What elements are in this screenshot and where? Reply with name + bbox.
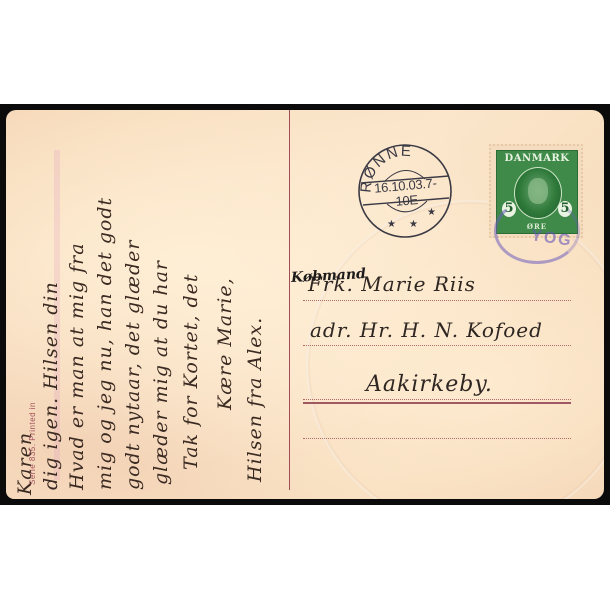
stamp-country: DANMARK — [497, 153, 577, 164]
message-line: Tak for Kortet, det — [180, 273, 202, 470]
address-underline — [303, 402, 571, 404]
address-rule — [303, 399, 571, 400]
message-line: Kære Marie, — [214, 277, 236, 410]
message-line: glæder mig at du har — [150, 260, 172, 485]
message-line: godt nytaar, det glæder — [122, 240, 144, 490]
svg-text:★: ★ — [409, 219, 418, 230]
svg-text:★: ★ — [387, 219, 396, 230]
message-line: Hilsen fra Alex. — [244, 317, 266, 482]
message-line: dig igen. Hilsen din — [40, 281, 62, 490]
postcard: Hilsen fra Alex. Kære Marie, Tak for Kor… — [6, 110, 604, 499]
message-line: mig og jeg nu, han det godt — [94, 197, 116, 490]
printer-imprint: Serie 835. Printed in — [28, 402, 37, 485]
address-rule — [303, 438, 571, 439]
divider-line — [289, 110, 290, 490]
address-care-of: adr. Hr. H. N. Kofoed — [310, 318, 543, 342]
svg-text:★: ★ — [427, 207, 436, 218]
address-rule — [303, 300, 571, 301]
address-town: Aakirkeby. — [366, 372, 493, 397]
address-rule — [303, 345, 571, 346]
postmark: RØNNE ★ ★ ★ 16.10.03.7-10E — [357, 143, 453, 239]
message-line: Hvad er man at mig fra — [66, 242, 88, 490]
